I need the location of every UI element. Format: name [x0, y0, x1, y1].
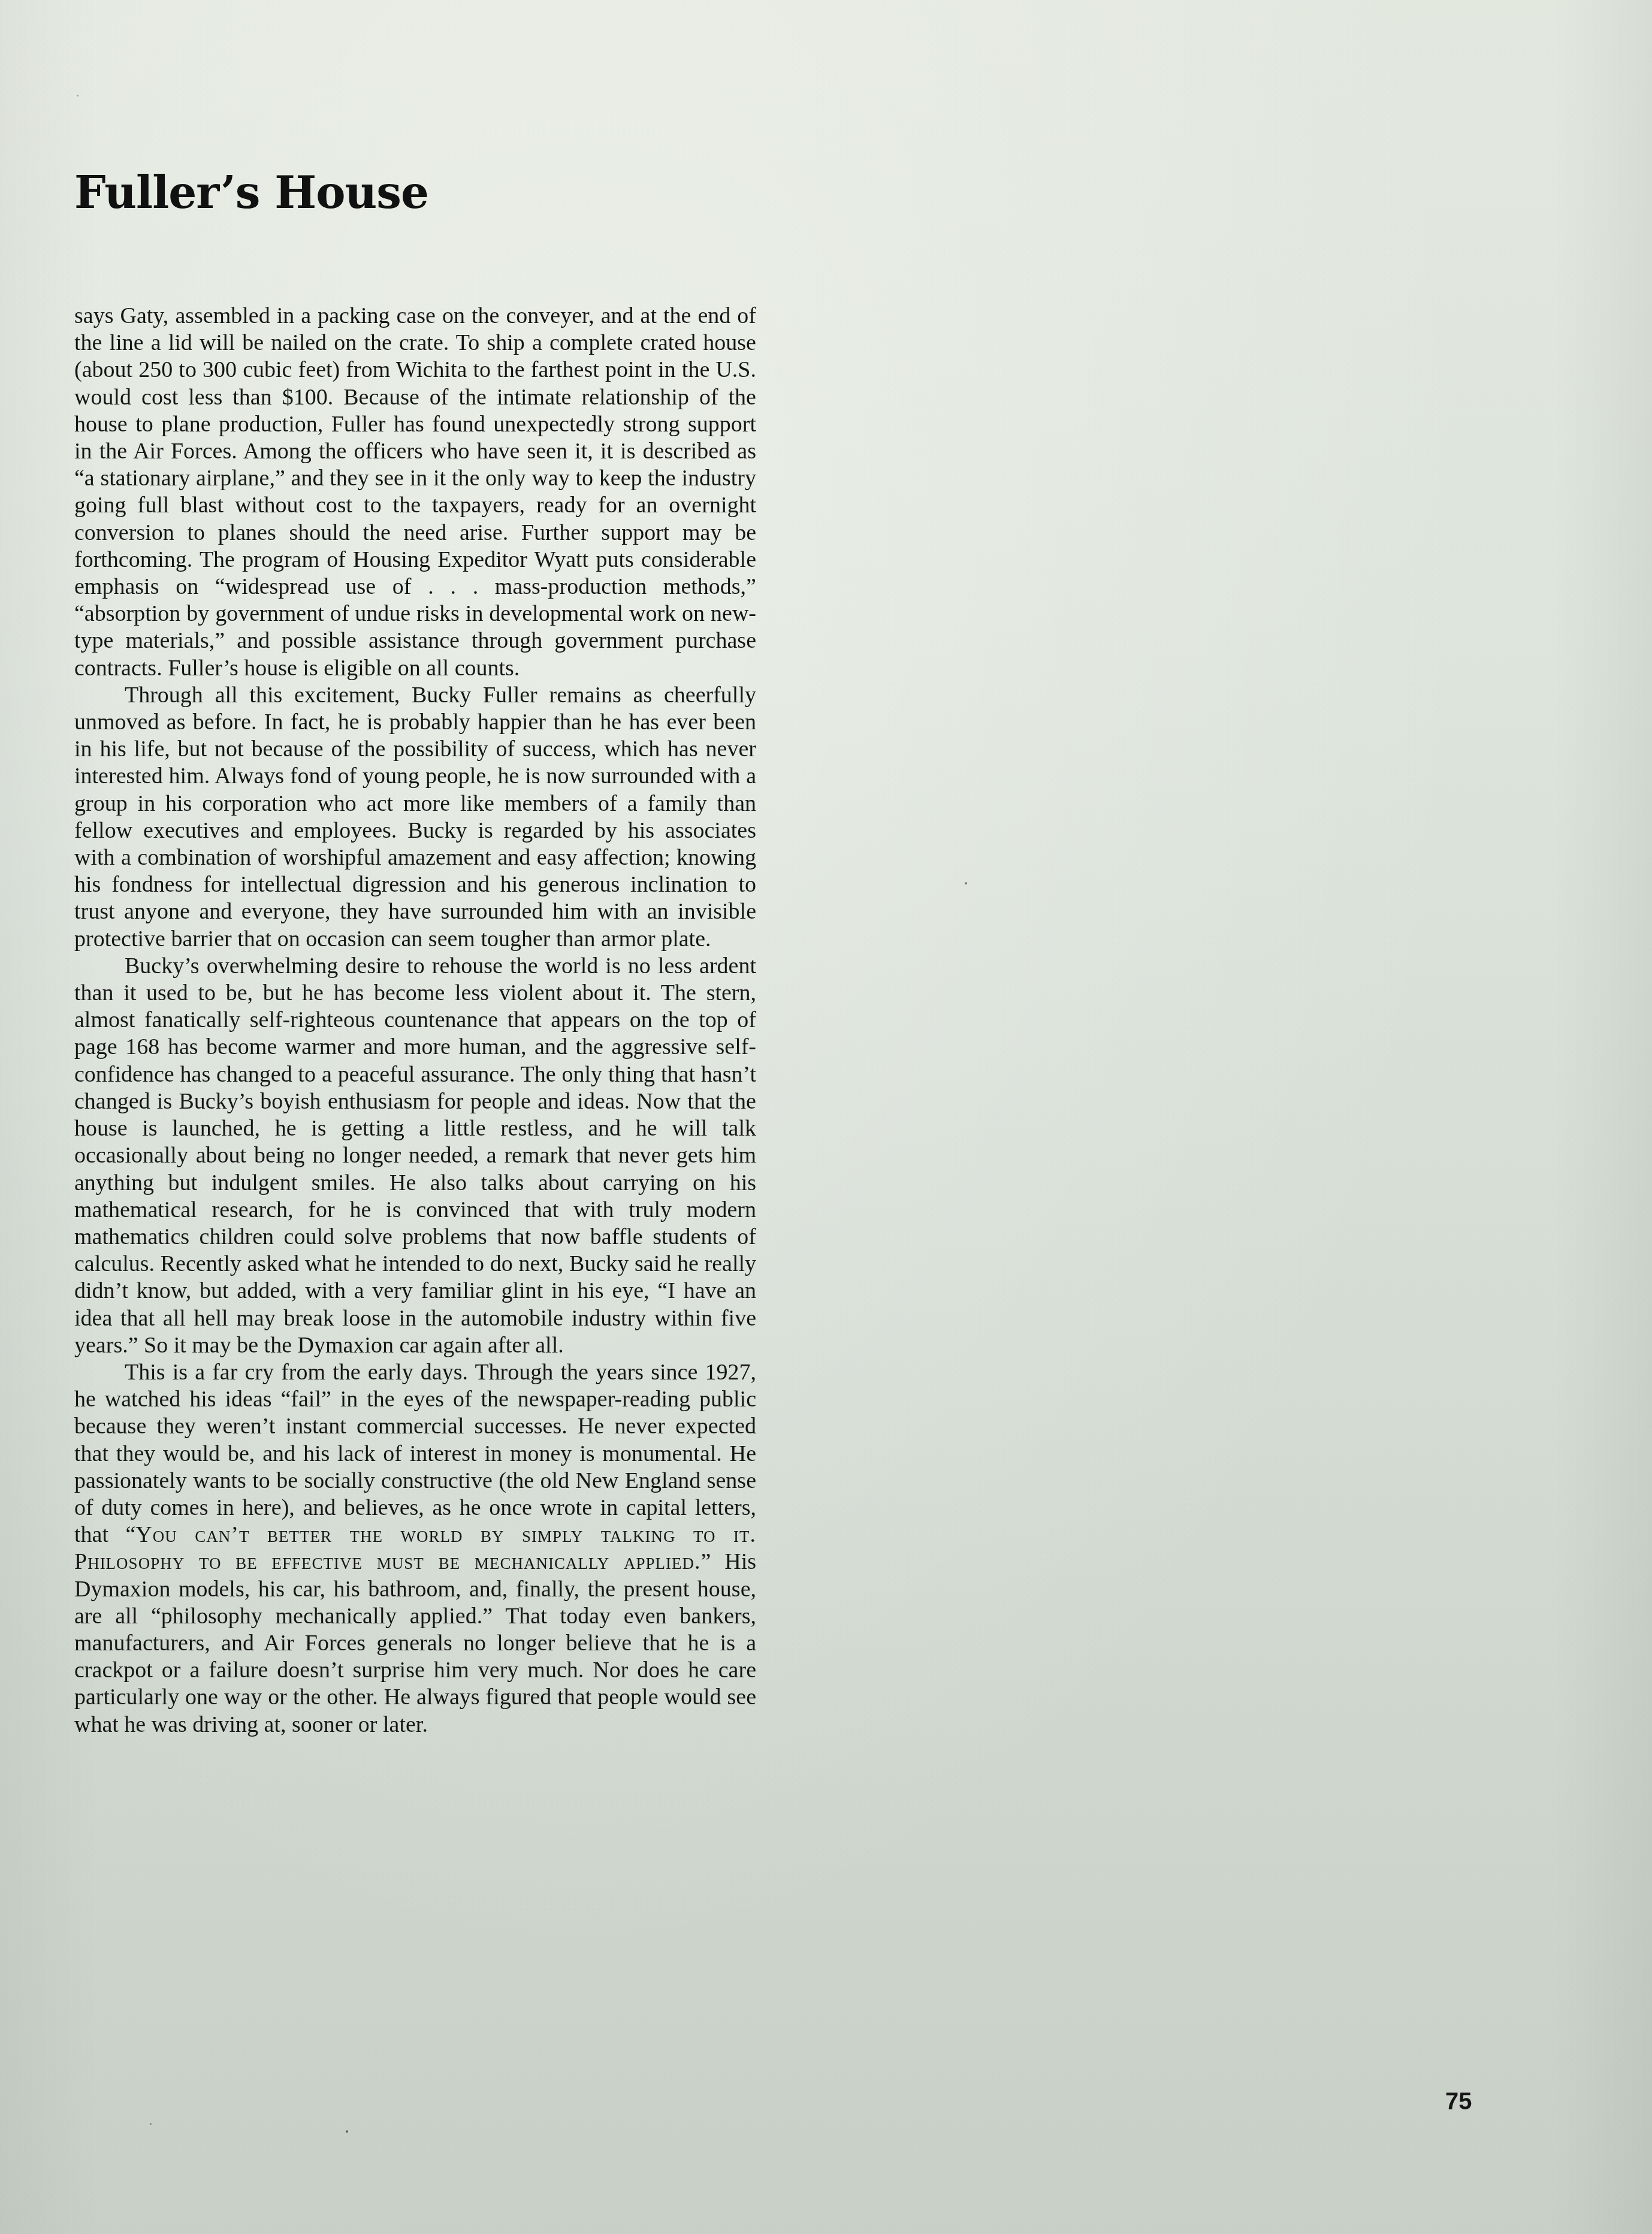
paragraph-4: This is a far cry from the early days. T…	[74, 1359, 756, 1738]
page-title: Fuller’s House	[74, 169, 428, 218]
paragraph-4-tail: ” His Dymaxion models, his car, his bath…	[74, 1549, 756, 1737]
paper-speck	[346, 2130, 348, 2133]
article-body: says Gaty, assembled in a packing case o…	[74, 303, 756, 1738]
paragraph-4-lead: This is a far cry from the early days. T…	[74, 1360, 756, 1547]
paper-speck	[965, 882, 967, 884]
paper-speck	[150, 2123, 152, 2125]
capital-letters-quote: You can’t better the world by simply tal…	[74, 1522, 756, 1574]
paragraph-2: Through all this excitement, Bucky Fulle…	[74, 682, 756, 953]
paragraph-1: says Gaty, assembled in a packing case o…	[74, 303, 756, 682]
paragraph-3: Bucky’s overwhelming desire to rehouse t…	[74, 953, 756, 1359]
paper-speck	[77, 95, 78, 96]
page-number: 75	[1445, 2088, 1472, 2115]
